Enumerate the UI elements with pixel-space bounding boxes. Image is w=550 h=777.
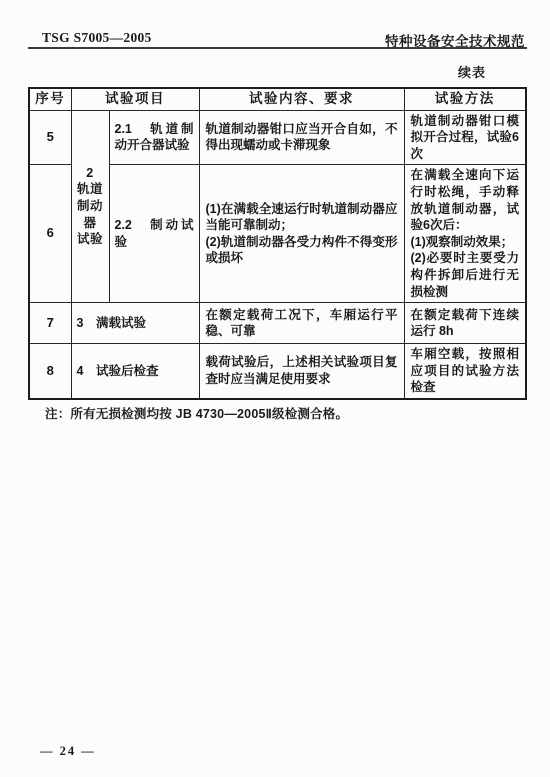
continued-table-label: 续表 <box>458 62 486 81</box>
column-header-method: 试验方法 <box>404 88 526 110</box>
seq-cell: 6 <box>29 165 71 303</box>
content-cell: 轨道制动器钳口应当开合自如，不得出现蠕动或卡滞现象 <box>199 110 404 165</box>
method-cell: 在满载全速向下运行时松绳，手动释放轨道制动器，试验6次后： (1)观察制动效果；… <box>404 165 526 303</box>
header-doc-code: TSG S7005—2005 <box>42 30 152 46</box>
content-cell: (1)在满载全速运行时轨道制动器应当能可靠制动； (2)轨道制动器各受力构件不得… <box>199 165 404 303</box>
table-row-7: 7 3 满载试验 在额定载荷工况下，车厢运行平稳、可靠 在额定载荷下连续运行 8… <box>29 303 526 344</box>
table-row-5: 5 2 轨道 制动 器 试验 2.1 轨道制动开合器试验 轨道制动器钳口应当开合… <box>29 110 526 165</box>
page-number: — 24 — <box>40 744 96 759</box>
column-header-content: 试验内容、要求 <box>199 88 404 110</box>
item-group-cell: 2 轨道 制动 器 试验 <box>71 110 109 303</box>
content-cell: 在额定载荷工况下，车厢运行平稳、可靠 <box>199 303 404 344</box>
item-cell: 4 试验后检查 <box>71 344 199 399</box>
table-header-row: 序号 试验项目 试验内容、要求 试验方法 <box>29 88 526 110</box>
seq-cell: 8 <box>29 344 71 399</box>
table-footnote: 注：所有无损检测均按 JB 4730—2005Ⅱ级检测合格。 <box>45 404 348 422</box>
seq-cell: 5 <box>29 110 71 165</box>
column-header-seq: 序号 <box>29 88 71 110</box>
content-cell: 载荷试验后，上述相关试验项目复查时应当满足使用要求 <box>199 344 404 399</box>
method-cell: 轨道制动器钳口模拟开合过程，试验6次 <box>404 110 526 165</box>
table-row-8: 8 4 试验后检查 载荷试验后，上述相关试验项目复查时应当满足使用要求 车厢空载… <box>29 344 526 399</box>
document-page: TSG S7005—2005 特种设备安全技术规范 续表 序号 试验项目 试验内… <box>0 0 550 777</box>
item-cell: 2.2 制动试验 <box>109 165 199 303</box>
method-cell: 在额定载荷下连续运行 8h <box>404 303 526 344</box>
method-cell: 车厢空载，按照相应项目的试验方法检查 <box>404 344 526 399</box>
column-header-item: 试验项目 <box>71 88 199 110</box>
header-rule-divider <box>28 47 527 49</box>
item-cell: 3 满载试验 <box>71 303 199 344</box>
item-cell: 2.1 轨道制动开合器试验 <box>109 110 199 165</box>
seq-cell: 7 <box>29 303 71 344</box>
test-items-table: 序号 试验项目 试验内容、要求 试验方法 5 2 轨道 制动 器 试验 2.1 … <box>28 87 527 400</box>
